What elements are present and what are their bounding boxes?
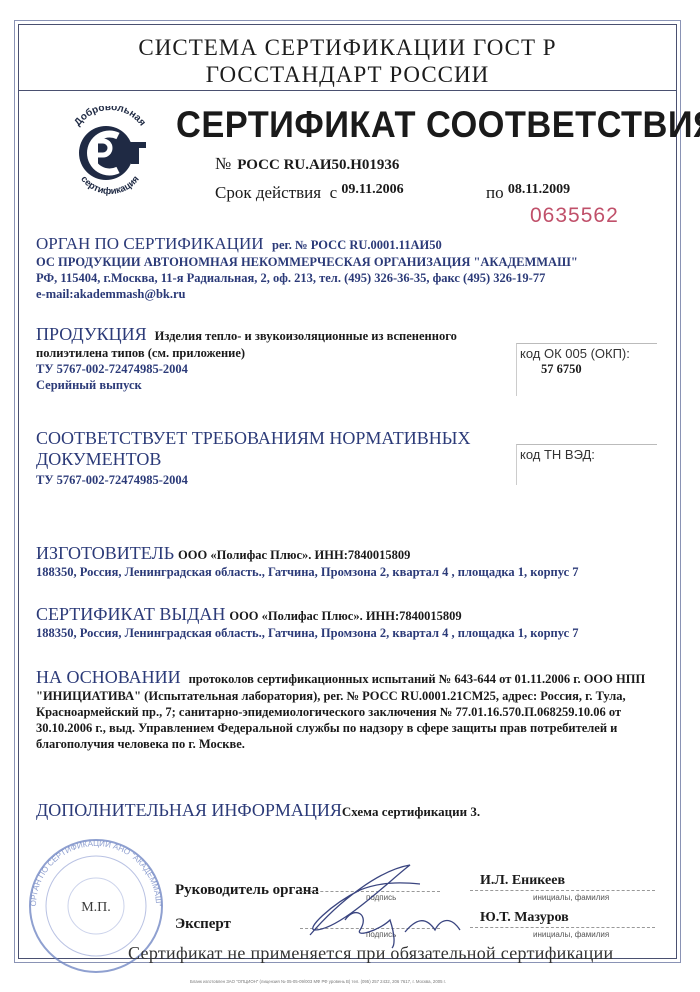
head-name: И.Л. Еникеев [480,873,565,889]
product-section: ПРОДУКЦИЯ Изделия тепло- и звукоизоляцио… [36,324,486,393]
system-line-2: ГОССТАНДАРТ РОССИИ [18,61,677,88]
expert-name-caption: инициалы, фамилия [533,930,609,939]
organ-address: РФ, 115404, г.Москва, 11-я Радиальная, 2… [36,270,666,286]
head-name-line [470,890,655,891]
manufacturer-heading: ИЗГОТОВИТЕЛЬ [36,543,174,563]
tnved-code-box: код ТН ВЭД: [516,444,657,485]
certification-system-title: СИСТЕМА СЕРТИФИКАЦИИ ГОСТ Р ГОССТАНДАРТ … [18,34,677,88]
voluntary-certification-note: Сертификат не применяется при обязательн… [128,943,613,964]
conformity-heading: СООТВЕТСТВУЕТ ТРЕБОВАНИЯМ НОРМАТИВНЫХ ДО… [36,428,516,470]
product-line-2: полиэтилена типов (см. приложение) [36,345,486,361]
basis-line-4: 30.10.2006 г., выд. Управлением Федераль… [36,720,646,736]
certificate-number: №РОСС RU.АИ50.Н01936 [215,154,399,174]
conformity-section: СООТВЕТСТВУЕТ ТРЕБОВАНИЯМ НОРМАТИВНЫХ ДО… [36,428,516,488]
system-line-1: СИСТЕМА СЕРТИФИКАЦИИ ГОСТ Р [18,34,677,61]
organ-name: ОС ПРОДУКЦИИ АВТОНОМНАЯ НЕКОММЕРЧЕСКАЯ О… [36,254,666,270]
manufacturer-section: ИЗГОТОВИТЕЛЬ ООО «Полифас Плюс». ИНН:784… [36,543,666,580]
svg-text:ОРГАН ПО СЕРТИФИКАЦИИ АНО "АКА: ОРГАН ПО СЕРТИФИКАЦИИ АНО "АКАДЕММАШ" [29,839,163,907]
product-spec: ТУ 5767-002-72474985-2004 [36,361,486,377]
additional-info-text: Схема сертификации 3. [342,804,480,819]
issued-to-address: 188350, Россия, Ленинградская область., … [36,625,666,641]
head-name-caption: инициалы, фамилия [533,893,609,902]
certificate-number-value: РОСС RU.АИ50.Н01936 [237,157,399,173]
manufacturer-name: ООО «Полифас Плюс». ИНН:7840015809 [178,548,410,562]
rst-logo-icon: Добровольная сертификация [62,106,158,196]
valid-from-date: 09.11.2006 [341,182,403,197]
organ-email: e-mail:akademmash@bk.ru [36,286,666,302]
validity-from: Срок действия с 09.11.2006 [215,183,404,203]
expert-name: Ю.Т. Мазуров [480,910,569,926]
blank-serial-number: 0635562 [530,204,619,228]
head-of-body-label: Руководитель органа [175,882,319,899]
valid-to-date: 08.11.2009 [508,182,570,197]
organ-heading: ОРГАН ПО СЕРТИФИКАЦИИ [36,234,264,253]
product-heading: ПРОДУКЦИЯ [36,324,147,344]
product-line-1: Изделия тепло- и звукоизоляционные из вс… [155,329,457,343]
additional-info-section: ДОПОЛНИТЕЛЬНАЯ ИНФОРМАЦИЯСхема сертифика… [36,800,536,821]
issued-to-section: СЕРТИФИКАТ ВЫДАН ООО «Полифас Плюс». ИНН… [36,604,666,641]
expert-label: Эксперт [175,916,231,933]
organ-reg-number: рег. № РОСС RU.0001.11АИ50 [272,238,442,252]
header-divider [18,90,677,91]
certificate-title: СЕРТИФИКАТ СООТВЕТСТВИЯ [176,104,700,146]
issued-to-heading: СЕРТИФИКАТ ВЫДАН [36,604,225,624]
validity-label: Срок действия [215,183,321,202]
okp-value: 57 6750 [517,362,657,377]
product-release-type: Серийный выпуск [36,377,486,393]
from-label: с [330,183,338,202]
basis-heading: НА ОСНОВАНИИ [36,667,181,687]
conformity-document: ТУ 5767-002-72474985-2004 [36,472,516,488]
expert-name-line [470,927,655,928]
certification-body-section: ОРГАН ПО СЕРТИФИКАЦИИ рег. № РОСС RU.000… [36,234,666,302]
tnved-label: код ТН ВЭД: [517,445,657,462]
to-label: по [486,183,504,202]
number-sign: № [215,154,231,173]
okp-label: код ОК 005 (ОКП): [517,344,657,361]
printer-imprint: Бланк изготовлен ЗАО "ОПЦИОН" (лицензия … [190,979,446,984]
okp-code-box: код ОК 005 (ОКП): 57 6750 [516,343,657,396]
basis-line-2: "ИНИЦИАТИВА" (Испытательная лаборатория)… [36,688,646,704]
svg-text:Добровольная: Добровольная [72,106,147,128]
basis-line-1: протоколов сертификационных испытаний № … [189,672,646,686]
validity-to: по 08.11.2009 [486,183,570,203]
manufacturer-address: 188350, Россия, Ленинградская область., … [36,564,666,580]
basis-section: НА ОСНОВАНИИ протоколов сертификационных… [36,667,646,752]
basis-line-5: благополучия человека по г. Москве. [36,736,646,752]
additional-info-heading: ДОПОЛНИТЕЛЬНАЯ ИНФОРМАЦИЯ [36,800,342,820]
issued-to-name: ООО «Полифас Плюс». ИНН:7840015809 [229,609,461,623]
basis-line-3: Красноармейский пр., 7; санитарно-эпидем… [36,704,646,720]
svg-text:М.П.: М.П. [81,900,111,915]
handwritten-signature-icon [300,860,470,950]
